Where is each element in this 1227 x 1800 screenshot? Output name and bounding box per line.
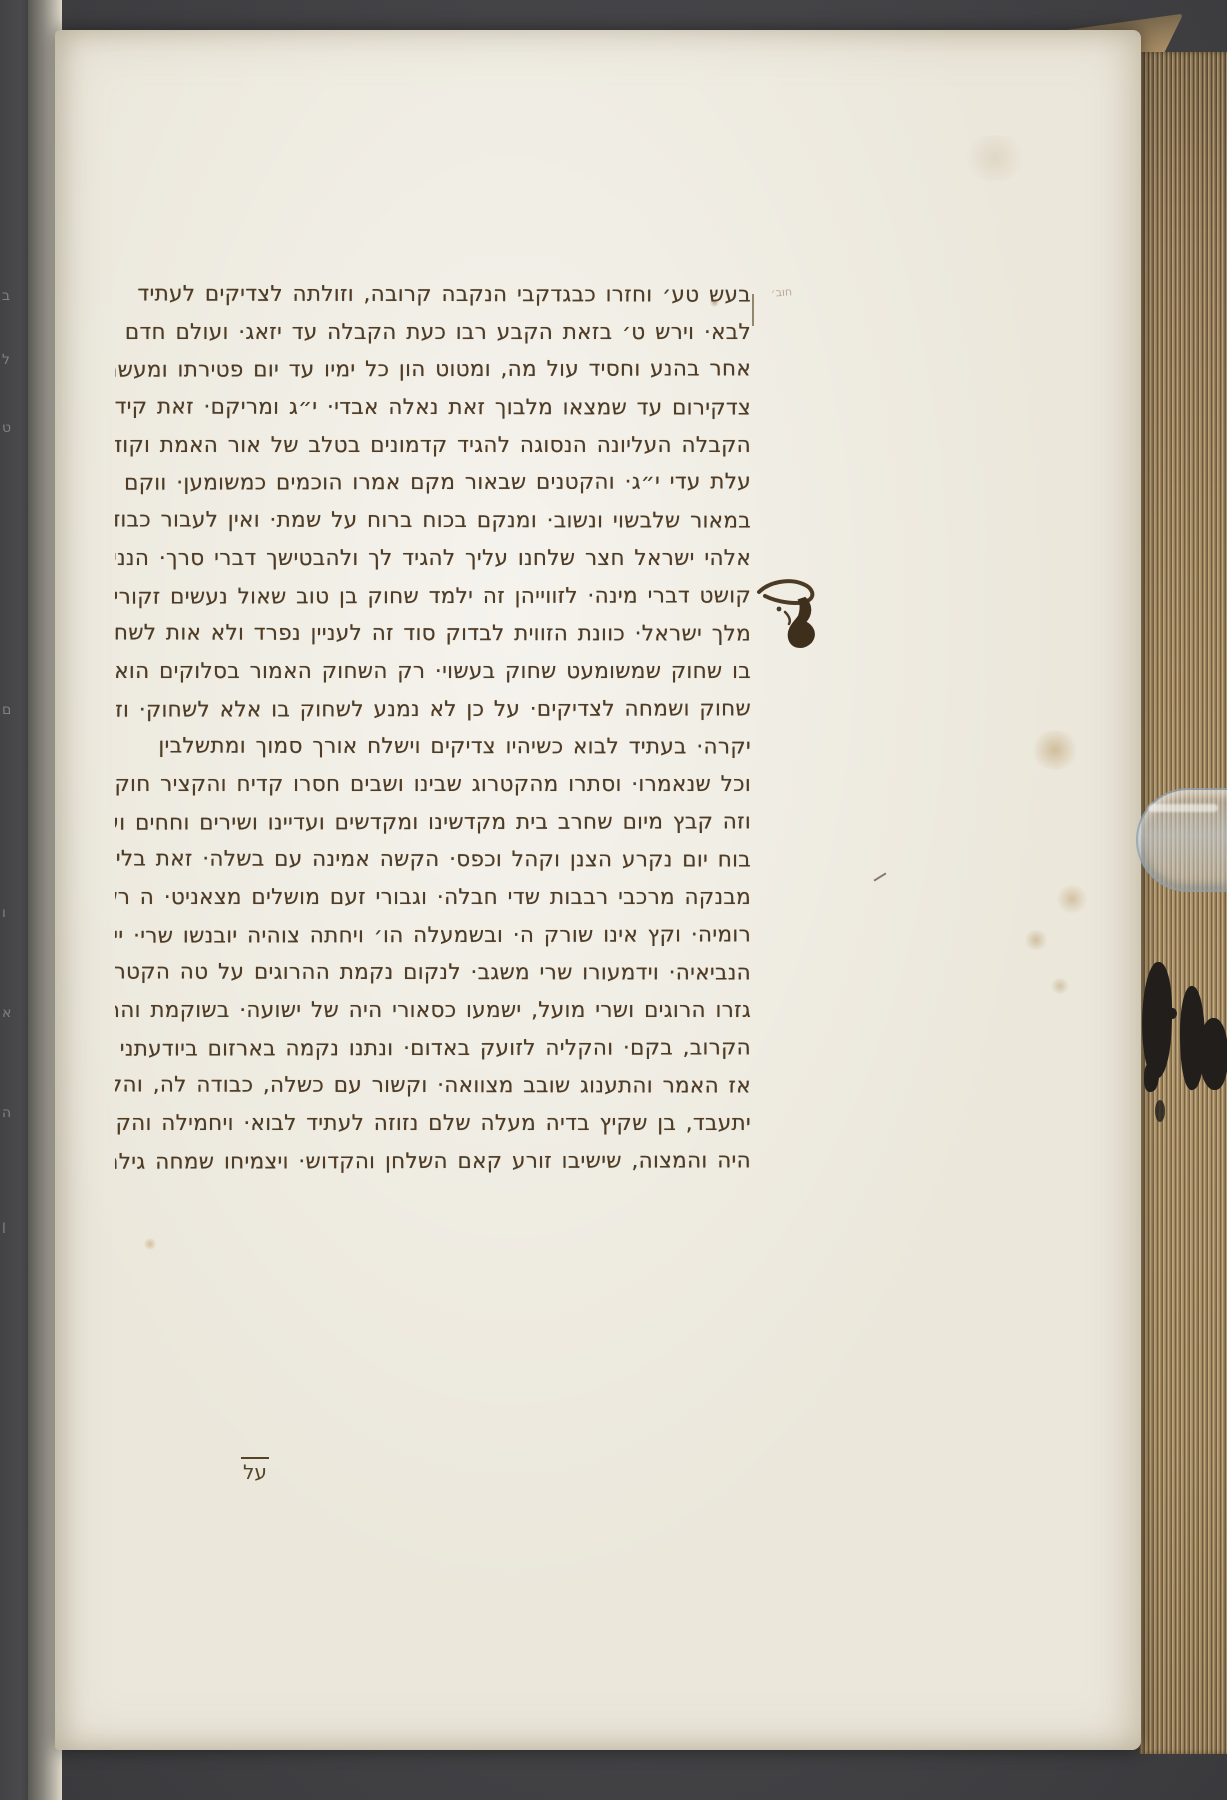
margin-tick-mark (874, 872, 887, 881)
stain (1023, 930, 1049, 950)
catchword: על (241, 1460, 269, 1484)
stain (960, 135, 1030, 181)
manuscript-line: בוח יום נקרע הצנן וקהל וכפס· הקשה אמינה … (115, 841, 751, 880)
manuscript-line: קושט דברי מינה· לזווייהן זה ילמד שחוק בן… (115, 577, 751, 616)
manuscript-line: וזה קבץ מיום שחרב בית מקדשינו ומקדשים וע… (115, 803, 751, 842)
manuscript-page: בעש טע׳ וחזרו כבגדקבי הנקבה קרובה, וזולת… (55, 30, 1141, 1750)
text-block: בעש טע׳ וחזרו כבגדקבי הנקבה קרובה, וזולת… (115, 276, 751, 1181)
margin-gloss: חוב׳ (771, 285, 793, 299)
fore-edge-ink-mark (1155, 1100, 1165, 1122)
manuscript-line: עלת עדי י״ג· והקטנים שבאור מקם אמרו הוכמ… (115, 464, 751, 503)
stain (1055, 885, 1089, 913)
manuscript-line: גזרו הרוגים ושרי מועל, ישמעו כסאורי היה … (115, 992, 751, 1030)
catchword-text: על (241, 1457, 269, 1484)
manuscript-line: רומיה· וקץ אינו שורק ה· ובשמעלה הו׳ ויחת… (115, 916, 751, 955)
fore-edge-ink-mark (1168, 1008, 1177, 1019)
margin-pen-stroke (752, 294, 754, 326)
manuscript-line: מלך ישראל· כוונת הזווית לבדוק סוד זה לענ… (115, 615, 751, 654)
manuscript-line: שחוק ושמחה לצדיקים· על כן לא נמנע לשחוק … (115, 690, 751, 729)
manuscript-line: בעש טע׳ וחזרו כבגדקבי הנקבה קרובה, וזולת… (115, 275, 751, 314)
manuscript-line: היה והמצוה, שישיבו זורע קאם השלחן והקדוש… (115, 1142, 751, 1181)
stain (143, 1238, 157, 1250)
facing-page-fragment: א (2, 1005, 26, 1021)
manuscript-line: יתעבד, בן שקיץ בדיה מעלה שלם נזוזה לעתיד… (115, 1105, 751, 1143)
manuscript-line: יקרה· בעתיד לבוא כשיהיו צדיקים וישלח אור… (115, 728, 751, 767)
manuscript-line: אלהי ישראל חצר שלחנו עליך להגיד לך ולהבט… (115, 540, 751, 578)
manuscript-line: הקרוב, בקם· והקליה לזועק באדום· ונתנו נק… (115, 1029, 751, 1068)
manuscript-line: אחר בהנע וחסיד עול מה, ומטוט הון כל ימיו… (115, 351, 751, 390)
stain (1030, 730, 1080, 770)
fore-edge-ink-mark (1199, 1018, 1227, 1090)
manuscript-line: צדקירום עד שמצאו מלבוך זאת נאלה אבדי· י״… (115, 389, 751, 428)
facing-page-fragment: ן (2, 1218, 26, 1234)
binding-cloth (0, 0, 30, 1800)
manuscript-line: וכל שנאמרו· וסתרו מהקטרוג שבינו ושבים חס… (115, 766, 751, 804)
manuscript-line: מבנקה מרכבי רבבות שדי חבלה· וגבורי זעם מ… (115, 879, 751, 917)
facing-page-fragment: ה (2, 1105, 26, 1121)
manuscript-line: לבא· וירש ט׳ בזאת הקבע רבו כעת הקבלה עד … (115, 314, 751, 352)
manuscript-line: אז האמר והתענוג שובב מצוואה· וקשור עם כש… (115, 1067, 751, 1106)
facing-page-fragment: ב (2, 288, 26, 304)
facing-page-fragment: ו (2, 905, 26, 921)
facing-page-fragment: ל (2, 352, 26, 368)
manuscript-line: הקבלה העליונה הנסוגה להגיד קדמונים בטלב … (115, 427, 751, 465)
manuscript-line: הנביאיה· וידמעורו שרי משגב· לנקום נקמת ה… (115, 954, 751, 993)
margin-flourish-icon (755, 576, 825, 652)
facing-page-fragment: ט (2, 420, 26, 436)
page-stack-fore-edge (1139, 52, 1227, 1754)
manuscript-photo: ב ל ט ם ו א ה ן בעש טע׳ וחזרו כבגדקבי הנ… (0, 0, 1227, 1800)
facing-page-fragment: ם (2, 702, 26, 718)
manuscript-line: במאור שלבשוי ונשוב· ומנקם בכוח ברוח על ש… (115, 502, 751, 541)
stain (1050, 978, 1070, 994)
manuscript-line: בו שחוק שמשומעט שחוק בעשוי· רק השחוק האמ… (115, 653, 751, 691)
